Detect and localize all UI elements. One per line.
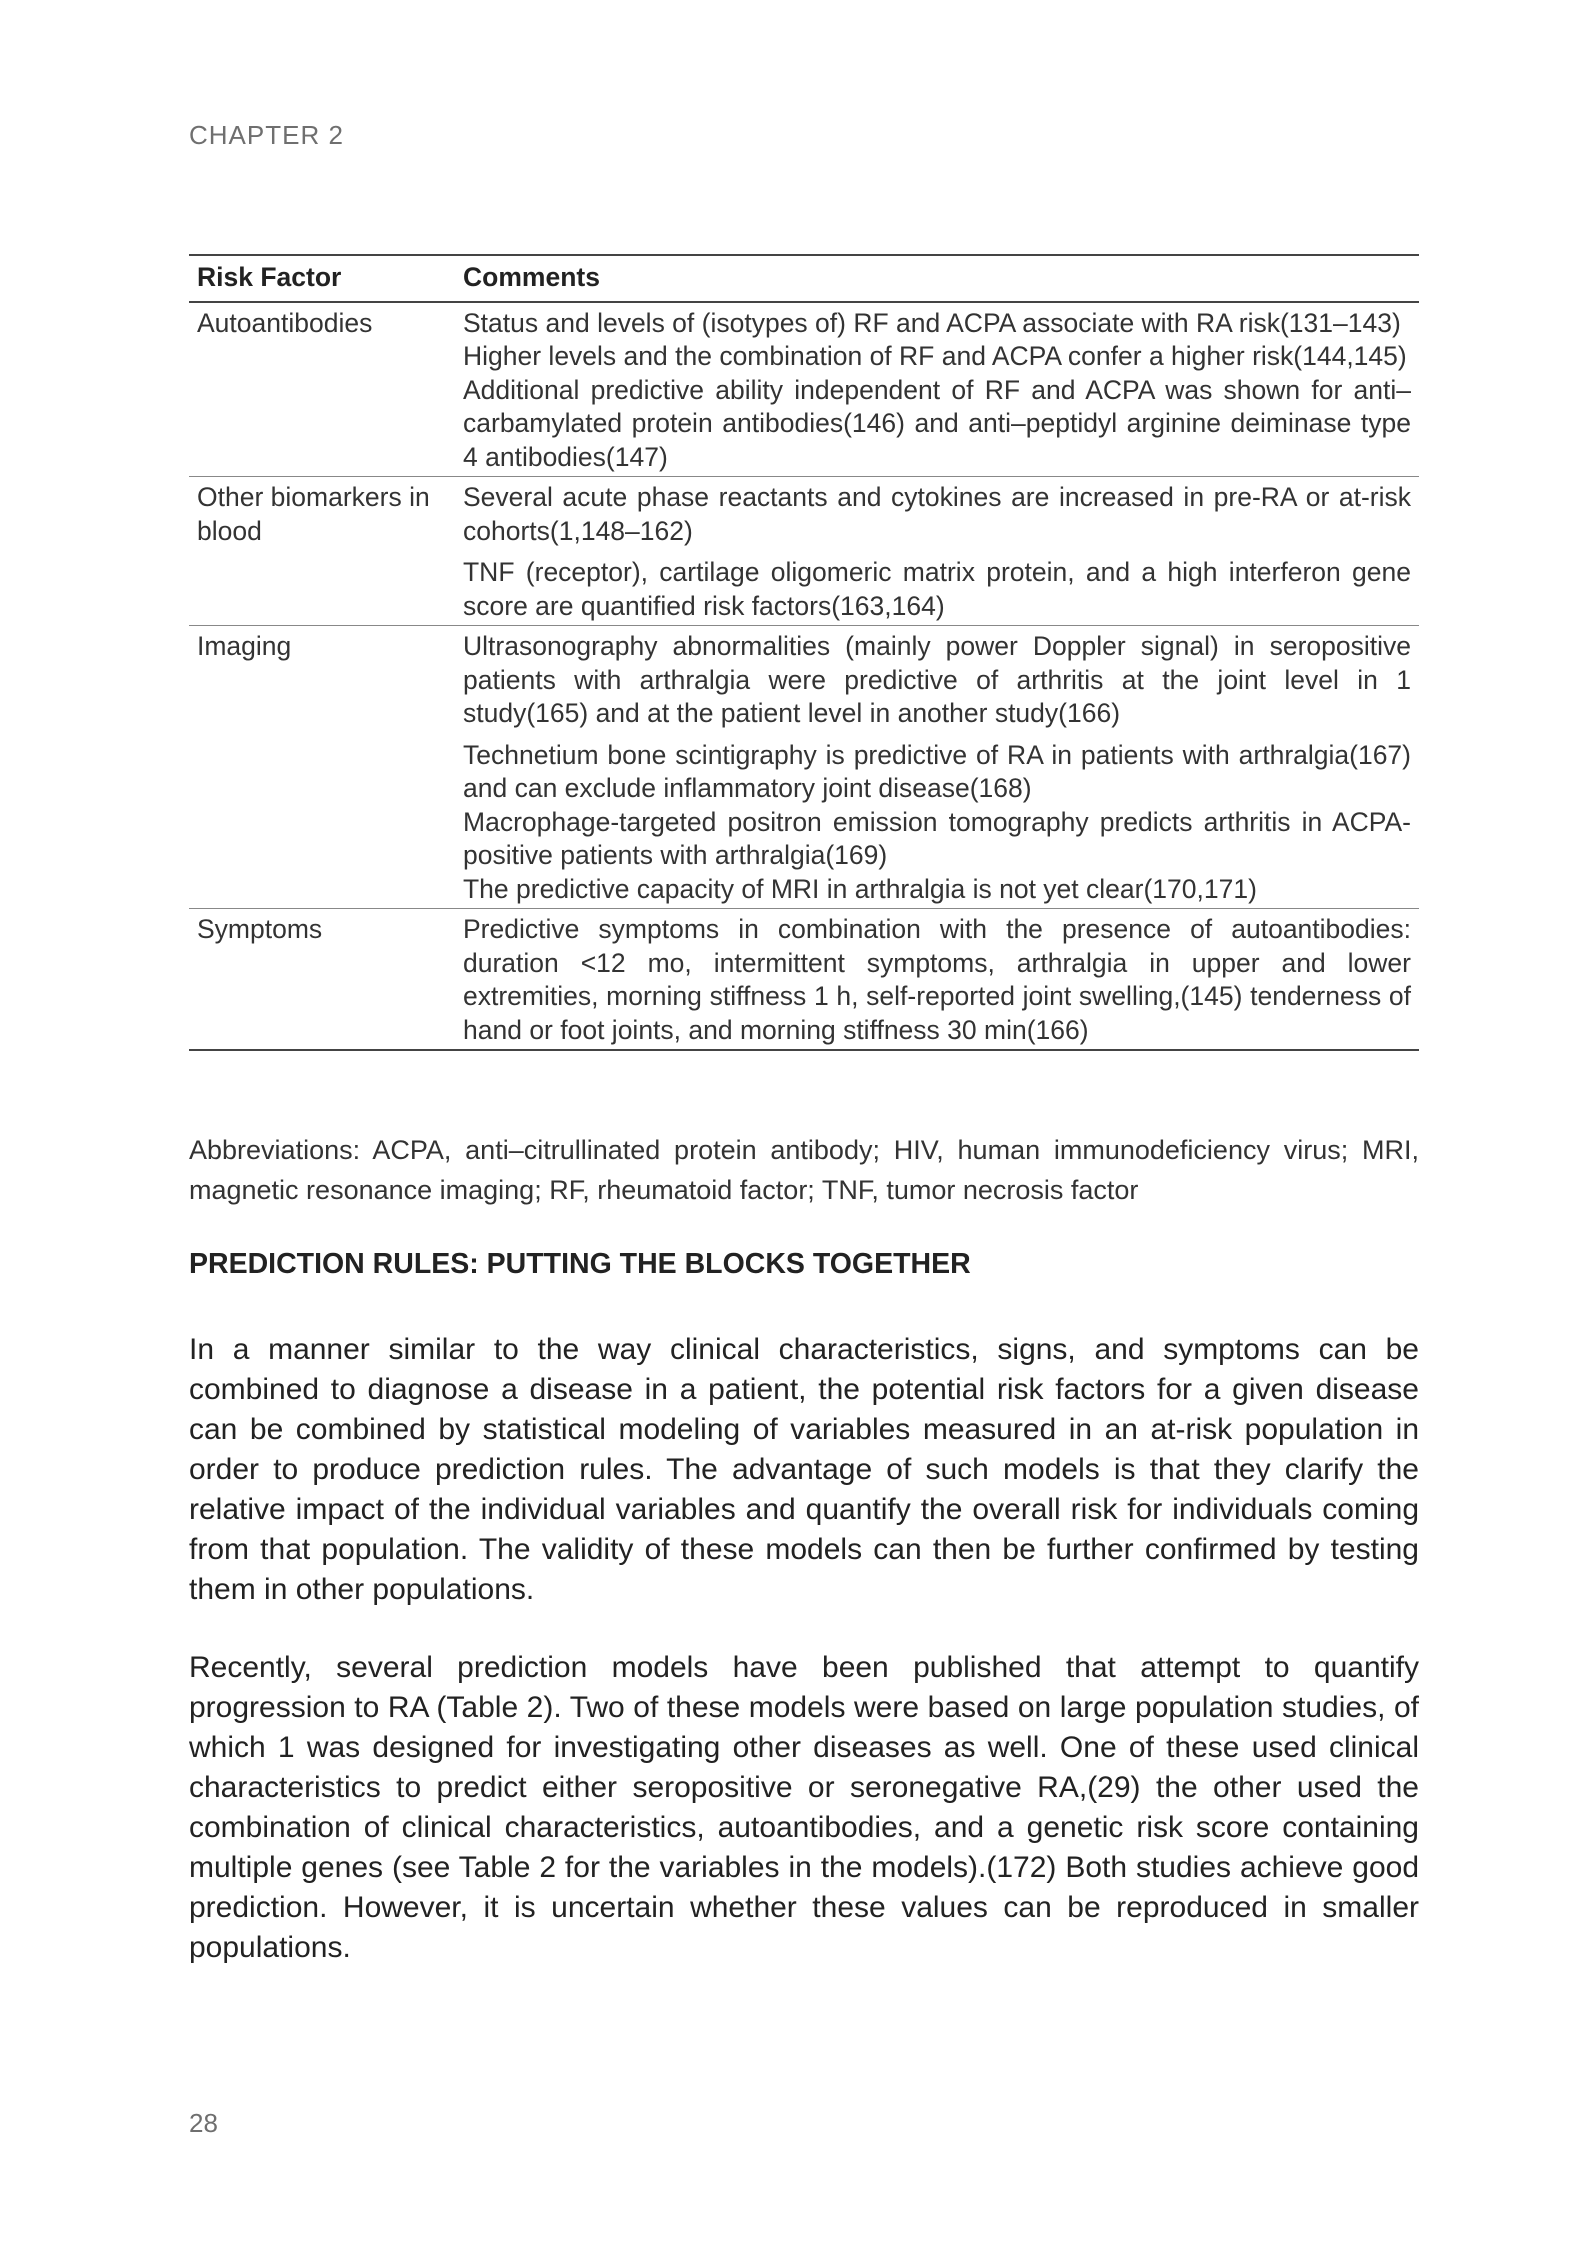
risk-factor-cell: Other biomarkers in blood bbox=[189, 477, 455, 626]
body-paragraph: Recently, several prediction models have… bbox=[189, 1648, 1419, 1968]
comment-text: The predictive capacity of MRI in arthra… bbox=[463, 873, 1411, 907]
comments-cell: Several acute phase reactants and cytoki… bbox=[455, 477, 1419, 626]
risk-factor-table: Risk Factor Comments Autoantibodies Stat… bbox=[189, 254, 1419, 1051]
comments-cell: Predictive symptoms in combination with … bbox=[455, 909, 1419, 1051]
comments-cell: Ultrasonography abnormalities (mainly po… bbox=[455, 626, 1419, 909]
comment-text: Status and levels of (isotypes of) RF an… bbox=[463, 307, 1411, 341]
comment-text: TNF (receptor), cartilage oligomeric mat… bbox=[463, 556, 1411, 623]
comment-text: Several acute phase reactants and cytoki… bbox=[463, 481, 1411, 548]
running-head: CHAPTER 2 bbox=[189, 120, 344, 151]
risk-factor-cell: Autoantibodies bbox=[189, 302, 455, 477]
table-header-row: Risk Factor Comments bbox=[189, 255, 1419, 302]
risk-factor-cell: Symptoms bbox=[189, 909, 455, 1051]
table-row: Symptoms Predictive symptoms in combinat… bbox=[189, 909, 1419, 1051]
comment-text: Technetium bone scintigraphy is predicti… bbox=[463, 739, 1411, 806]
comment-text: Ultrasonography abnormalities (mainly po… bbox=[463, 630, 1411, 731]
risk-factor-cell: Imaging bbox=[189, 626, 455, 909]
table-row: Other biomarkers in blood Several acute … bbox=[189, 477, 1419, 626]
comment-text: Higher levels and the combination of RF … bbox=[463, 340, 1411, 374]
table-row: Imaging Ultrasonography abnormalities (m… bbox=[189, 626, 1419, 909]
comment-text: Predictive symptoms in combination with … bbox=[463, 913, 1411, 1047]
body-paragraph: In a manner similar to the way clinical … bbox=[189, 1330, 1419, 1610]
page-number: 28 bbox=[189, 2108, 218, 2139]
comment-text: Additional predictive ability independen… bbox=[463, 374, 1411, 475]
column-header-risk-factor: Risk Factor bbox=[189, 255, 455, 302]
comments-cell: Status and levels of (isotypes of) RF an… bbox=[455, 302, 1419, 477]
comment-text: Macrophage-targeted positron emission to… bbox=[463, 806, 1411, 873]
section-heading: PREDICTION RULES: PUTTING THE BLOCKS TOG… bbox=[189, 1248, 971, 1281]
column-header-comments: Comments bbox=[455, 255, 1419, 302]
table-row: Autoantibodies Status and levels of (iso… bbox=[189, 302, 1419, 477]
table-footnote: Abbreviations: ACPA, anti–citrullinated … bbox=[189, 1130, 1419, 1210]
